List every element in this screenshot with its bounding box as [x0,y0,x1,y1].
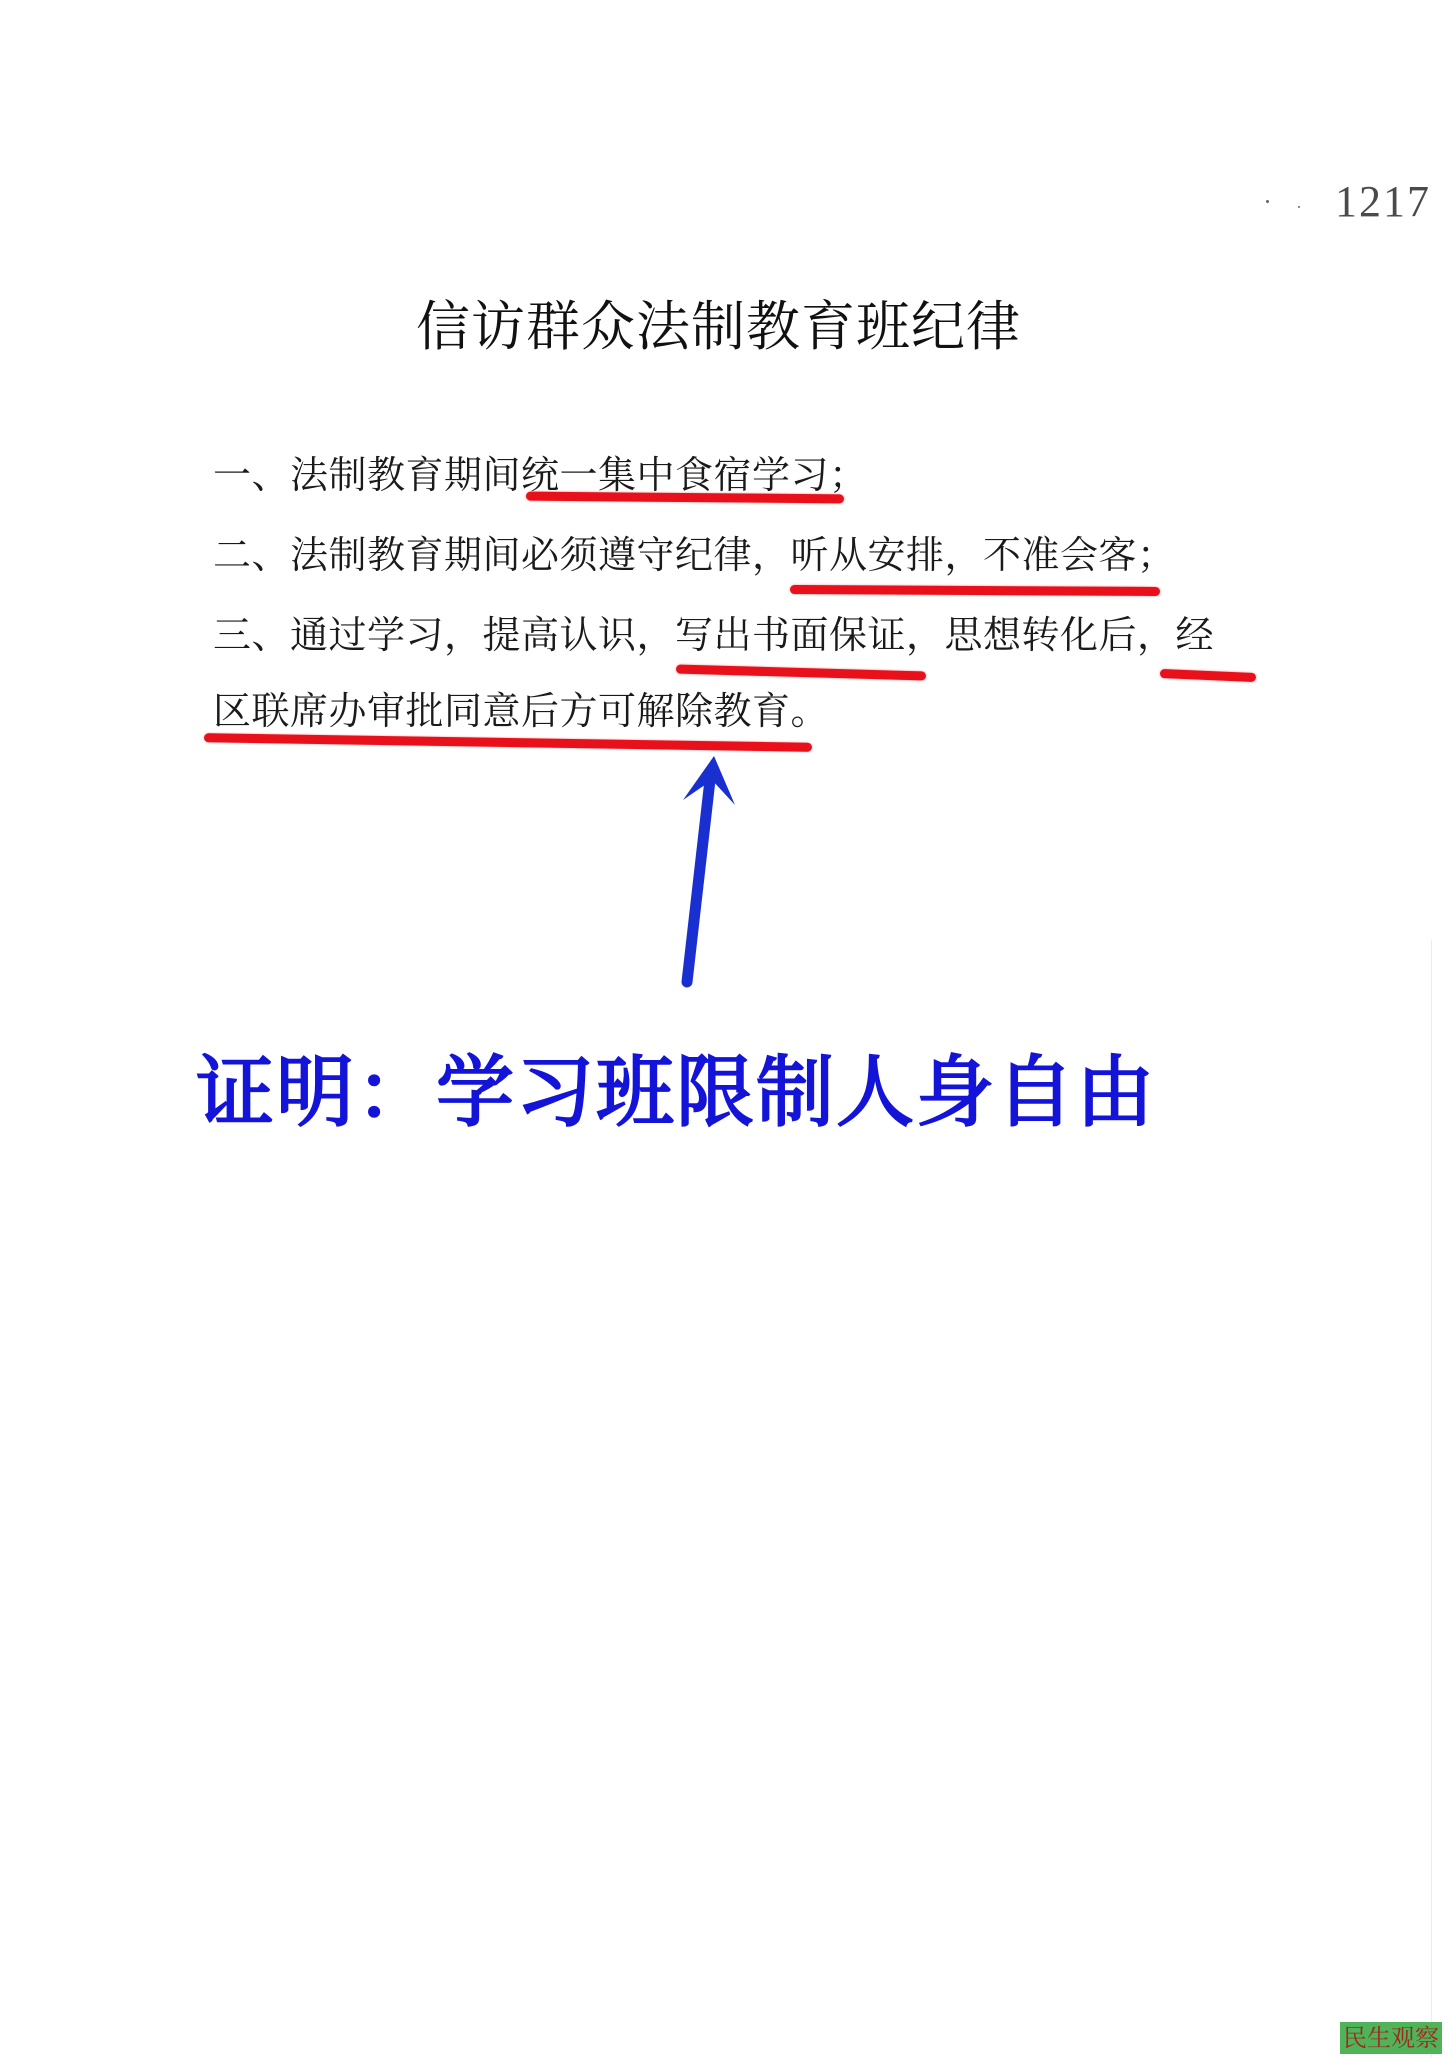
red-underline-rule-1 [526,492,844,504]
rule-line-3b: 区联席办审批同意后方可解除教育。 [213,680,829,735]
document-title-text: 信访群众法制教育班纪律 [416,284,1021,361]
scan-speck [1298,206,1300,208]
red-underline-rule-3a [676,665,926,681]
annotation-conclusion: 证明：学习班限制人身自由 [196,1030,1156,1142]
watermark-badge: 民生观察 [1340,2022,1442,2054]
scan-speck [1266,200,1269,203]
scan-edge-line [1431,940,1432,2057]
red-underline-rule-3b [1160,669,1256,682]
rule-line-2: 二、法制教育期间必须遵守纪律，听从安排，不准会客； [213,524,1176,579]
red-underline-rule-2 [790,585,1160,596]
page-number: 1217 [1335,176,1431,227]
rule-line-3a: 三、通过学习，提高认识，写出书面保证，思想转化后，经 [213,604,1214,659]
document-title: 信访群众法制教育班纪律 [0,284,1445,361]
arrow-up-icon [640,740,780,1000]
